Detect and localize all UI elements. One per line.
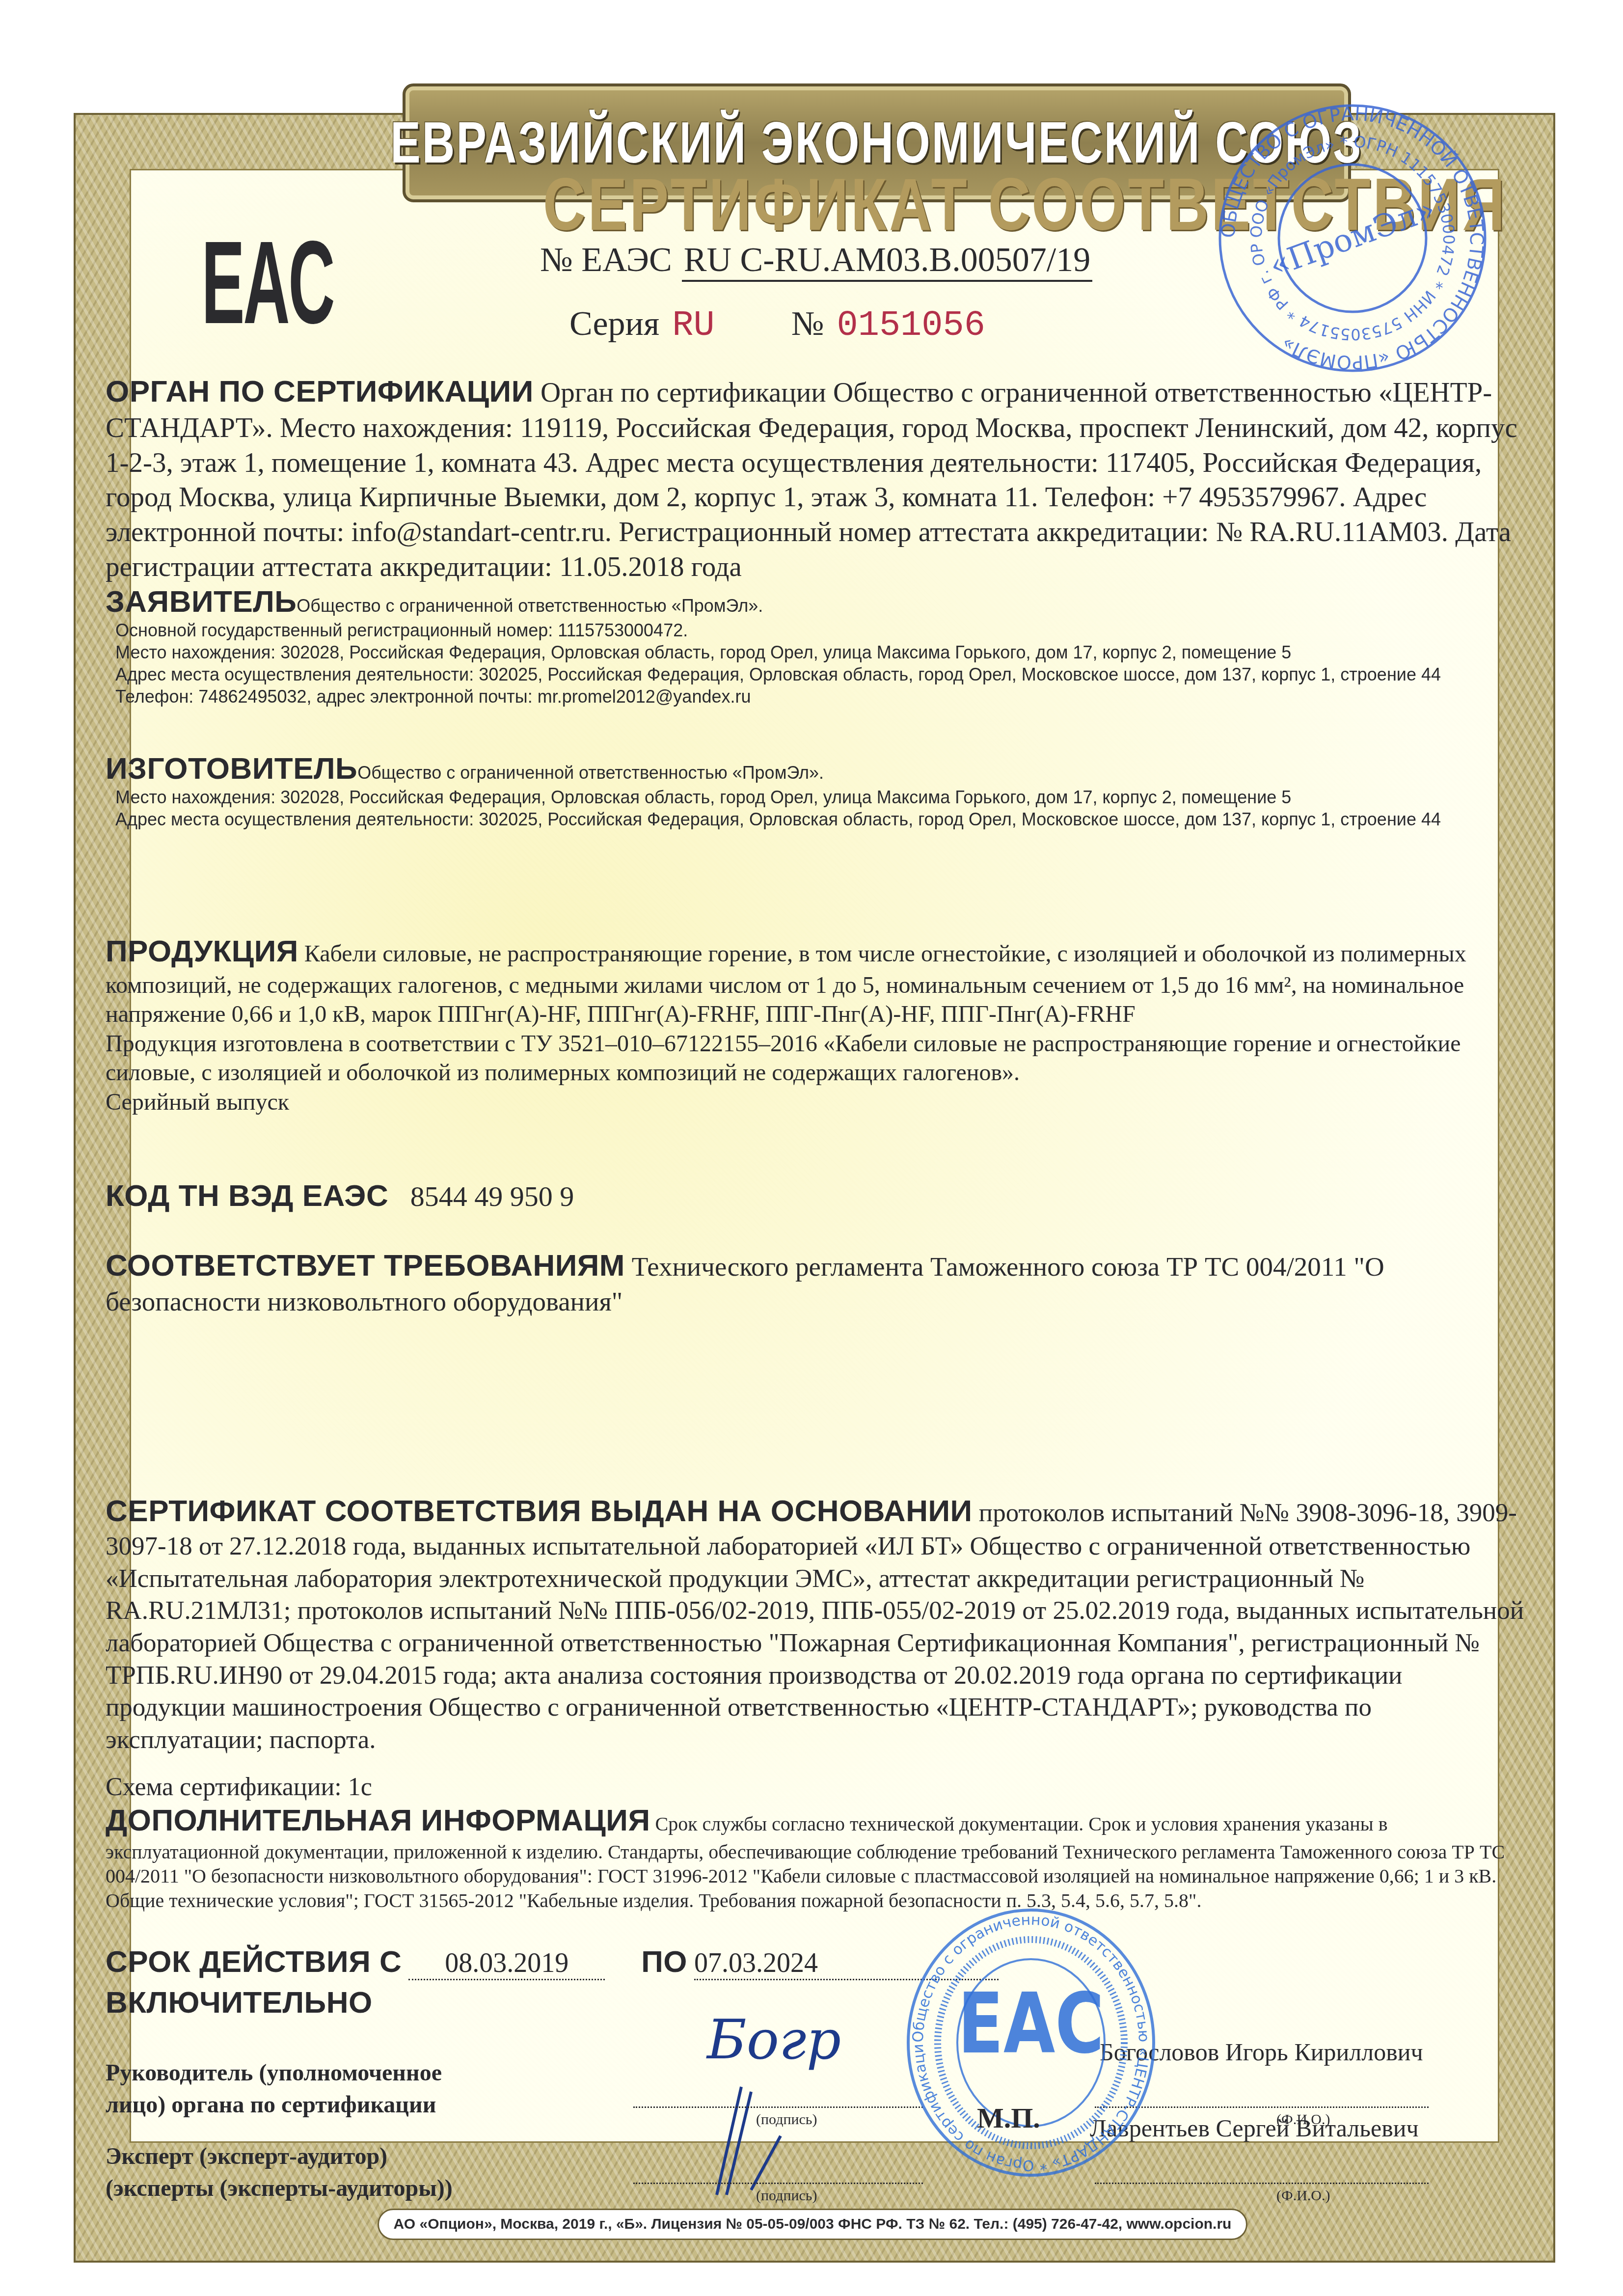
basis-section: СЕРТИФИКАТ СООТВЕТСТВИЯ ВЫДАН НА ОСНОВАН… — [106, 1493, 1525, 1756]
manufacturer-line: Место нахождения: 302028, Российская Фед… — [106, 786, 1525, 808]
manufacturer-section: ИЗГОТОВИТЕЛЬОбщество с ограниченной отве… — [106, 751, 1525, 830]
applicant-heading: ЗАЯВИТЕЛЬ — [106, 585, 297, 619]
head-signature-line — [633, 2106, 923, 2108]
printer-info: АО «Опцион», Москва, 2019 г., «Б». Лицен… — [378, 2209, 1248, 2240]
product-text: Кабели силовые, не распространяющие горе… — [106, 941, 1466, 1027]
printer-footer: АО «Опцион», Москва, 2019 г., «Б». Лицен… — [74, 2190, 1551, 2259]
product-spec: Продукция изготовлена в соответствии с Т… — [106, 1029, 1525, 1088]
validity-to-label: ПО — [641, 1945, 687, 1979]
scheme-line: Схема сертификации: 1с — [106, 1773, 1525, 1802]
applicant-stamp-icon: ОБЩЕСТВО С ОГРАНИЧЕННОЙ ОТВЕТСТВЕННОСТЬЮ… — [1215, 101, 1490, 376]
applicant-line: Место нахождения: 302028, Российская Фед… — [106, 641, 1525, 663]
applicant-line: Адрес места осуществления деятельности: … — [106, 663, 1525, 685]
series-label: Серия — [569, 304, 659, 344]
reg-value: RU C-RU.AM03.B.00507/19 — [682, 241, 1092, 282]
svg-text:EAC: EAC — [958, 1975, 1104, 2073]
validity-from-label: СРОК ДЕЙСТВИЯ С — [106, 1945, 402, 1979]
seal-label: М.П. — [977, 2102, 1040, 2134]
manufacturer-heading: ИЗГОТОВИТЕЛЬ — [106, 752, 357, 786]
applicant-line: Телефон: 74862495032, адрес электронной … — [106, 685, 1525, 708]
svg-text:«ПромЭл»: «ПромЭл» — [1265, 191, 1440, 284]
head-signature-caption: (подпись) — [756, 2111, 817, 2128]
certification-body-section: ОРГАН ПО СЕРТИФИКАЦИИ Орган по сертифика… — [106, 373, 1525, 584]
conformity-section: СООТВЕТСТВУЕТ ТРЕБОВАНИЯМ Технического р… — [106, 1247, 1525, 1318]
product-release: Серийный выпуск — [106, 1088, 1525, 1117]
expert-signature-line — [633, 2183, 923, 2184]
applicant-name: Общество с ограниченной ответственностью… — [297, 596, 763, 616]
certification-body-heading: ОРГАН ПО СЕРТИФИКАЦИИ — [106, 375, 534, 409]
manufacturer-line: Адрес места осуществления деятельности: … — [106, 808, 1525, 830]
certification-body-seal-icon: Общество с ограниченной ответственностью… — [903, 1905, 1159, 2180]
manufacturer-name: Общество с ограниченной ответственностью… — [357, 763, 824, 783]
registration-number: № ЕАЭС RU C-RU.AM03.B.00507/19 — [540, 241, 1092, 282]
head-signature: Богр — [707, 2008, 841, 2071]
eac-logo-icon: EAC — [241, 216, 295, 349]
hs-code-value: 8544 49 950 9 — [410, 1180, 574, 1212]
applicant-line: Основной государственный регистрационный… — [106, 619, 1525, 641]
series-row: Серия RU № 0151056 — [569, 304, 985, 346]
basis-heading: СЕРТИФИКАТ СООТВЕТСТВИЯ ВЫДАН НА ОСНОВАН… — [106, 1494, 973, 1528]
series-value: RU — [672, 305, 714, 346]
expert-signature-icon — [707, 2077, 825, 2205]
applicant-section: ЗАЯВИТЕЛЬОбщество с ограниченной ответст… — [106, 584, 1525, 708]
head-label: Руководитель (уполномоченное лицо) орган… — [106, 2057, 498, 2121]
form-number-label: № — [791, 304, 824, 344]
product-heading: ПРОДУКЦИЯ — [106, 934, 298, 968]
reg-label: № ЕАЭС — [540, 241, 672, 280]
hs-code-section: КОД ТН ВЭД ЕАЭС 8544 49 950 9 — [106, 1178, 1525, 1213]
product-section: ПРОДУКЦИЯ Кабели силовые, не распростран… — [106, 933, 1525, 1117]
validity-from-date: 08.03.2019 — [408, 1947, 605, 1980]
document-title: СЕРТИФИКАТ СООТВЕТСТВИЯ — [543, 162, 1116, 247]
additional-section: ДОПОЛНИТЕЛЬНАЯ ИНФОРМАЦИЯ Срок службы со… — [106, 1802, 1525, 1913]
conformity-heading: СООТВЕТСТВУЕТ ТРЕБОВАНИЯМ — [106, 1249, 625, 1283]
expert-name-line — [1095, 2183, 1429, 2184]
form-number-value: 0151056 — [837, 305, 985, 346]
additional-heading: ДОПОЛНИТЕЛЬНАЯ ИНФОРМАЦИЯ — [106, 1804, 650, 1837]
hs-code-heading: КОД ТН ВЭД ЕАЭС — [106, 1179, 388, 1213]
basis-text: протоколов испытаний №№ 3908-3096-18, 39… — [106, 1499, 1524, 1754]
